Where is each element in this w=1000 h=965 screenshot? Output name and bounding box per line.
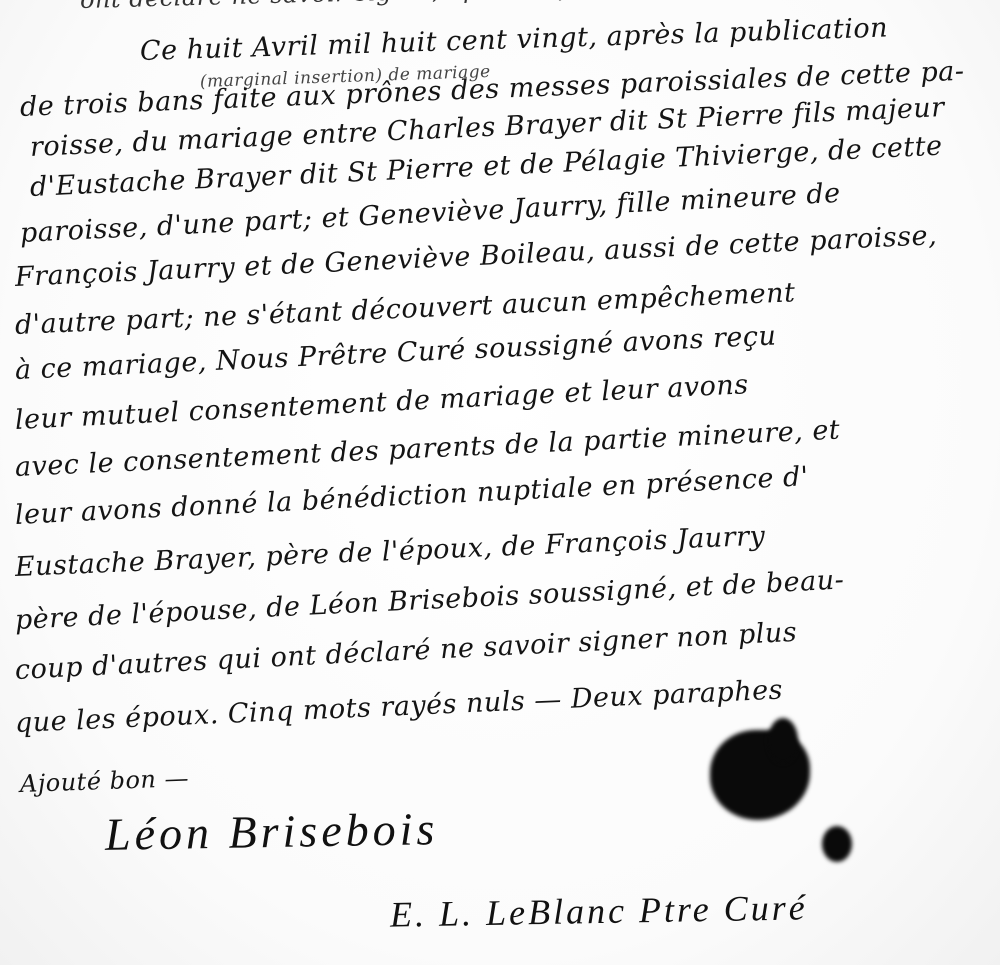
handwritten-line-0: ont déclaré ne savoir signer, après la p… — [80, 0, 700, 14]
handwritten-line-1: Ce huit Avril mil huit cent vingt, après… — [140, 13, 889, 67]
scanned-register-page: ont déclaré ne savoir signer, après la p… — [0, 0, 1000, 965]
signature-witness: Léon Brisebois — [105, 802, 439, 861]
ink-dot — [822, 826, 852, 862]
handwritten-line-17: Ajouté bon — — [20, 764, 190, 798]
ink-blot-tip — [768, 718, 798, 763]
handwritten-line-16: que les époux. Cinq mots rayés nuls — De… — [14, 674, 783, 738]
signature-priest: E. L. LeBlanc Ptre Curé — [390, 886, 808, 935]
